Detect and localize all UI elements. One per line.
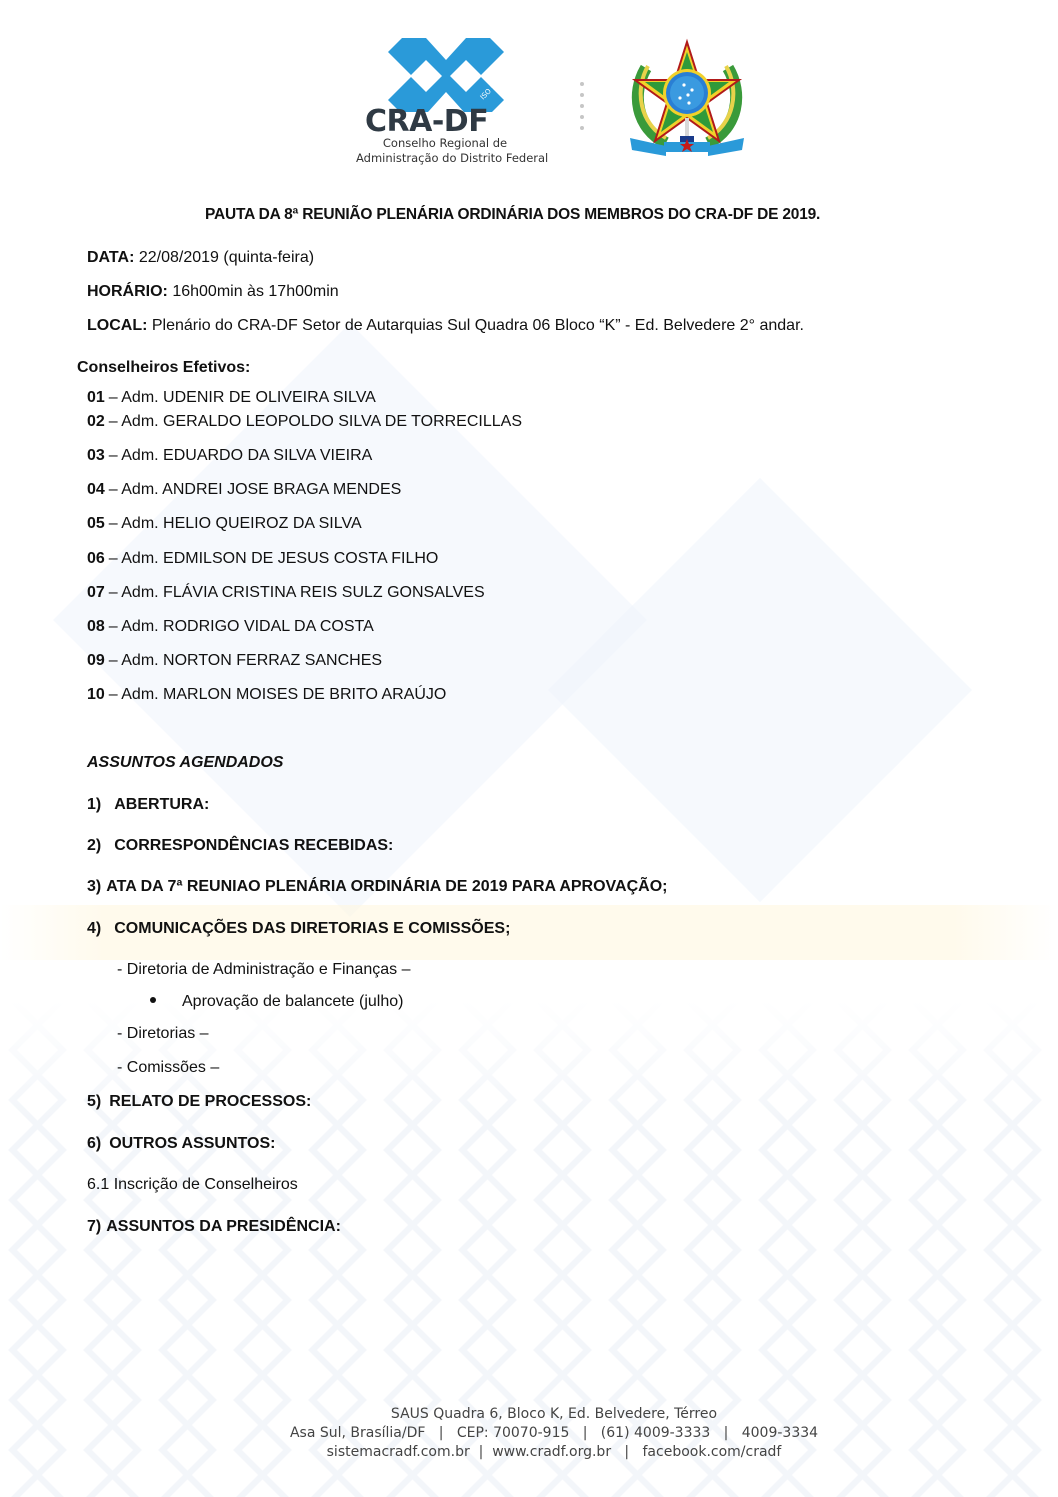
agenda-bullet-item: Aprovação de balancete (julho) [150,993,403,1011]
org-acronym: CRA-DF [365,104,488,139]
cra-df-logo-icon: ISO 9001 [388,38,504,112]
member-item: 08– Adm. RODRIGO VIDAL DA COSTA [87,618,374,636]
agenda-item: 4)COMUNICAÇÕES DAS DIRETORIAS E COMISSÕE… [87,920,510,938]
member-item: 04– Adm. ANDREI JOSE BRAGA MENDES [87,481,401,499]
member-item: 02– Adm. GERALDO LEOPOLDO SILVA DE TORRE… [87,413,522,431]
agenda-heading: ASSUNTOS AGENDADOS [87,754,283,772]
agenda-item: 5)RELATO DE PROCESSOS: [87,1093,311,1111]
footer-links: sistemacradf.com.br | www.cradf.org.br |… [0,1443,1058,1462]
org-name-line1: Conselho Regional de [356,136,534,151]
agenda-subitem: 6.1 Inscrição de Conselheiros [87,1176,298,1194]
meeting-date: DATA: 22/08/2019 (quinta-feira) [87,249,314,267]
agenda-subitem: - Comissões – [117,1059,219,1077]
agenda-subitem: - Diretorias – [117,1025,209,1043]
document-title: PAUTA DA 8ª REUNIÃO PLENÁRIA ORDINÁRIA D… [205,206,820,224]
date-label: DATA: [87,249,134,266]
agenda-item: 7)ASSUNTOS DA PRESIDÊNCIA: [87,1218,341,1236]
time-value: 16h00min às 17h00min [168,283,339,300]
footer-address: SAUS Quadra 6, Bloco K, Ed. Belvedere, T… [0,1405,1058,1424]
agenda-subitem: - Diretoria de Administração e Finanças … [117,961,410,979]
member-item: 01– Adm. UDENIR DE OLIVEIRA SILVA [87,389,376,407]
location-label: LOCAL: [87,317,147,334]
meeting-time: HORÁRIO: 16h00min às 17h00min [87,283,339,301]
members-heading: Conselheiros Efetivos: [77,359,250,377]
member-item: 07– Adm. FLÁVIA CRISTINA REIS SULZ GONSA… [87,584,485,602]
agenda-item: 2)CORRESPONDÊNCIAS RECEBIDAS: [87,837,393,855]
time-label: HORÁRIO: [87,283,168,300]
footer-contact: Asa Sul, Brasília/DF | CEP: 70070-915 | … [0,1424,1058,1443]
date-value: 22/08/2019 (quinta-feira) [134,249,314,266]
agenda-item: 6)OUTROS ASSUNTOS: [87,1135,275,1153]
member-item: 06– Adm. EDMILSON DE JESUS COSTA FILHO [87,550,438,568]
org-name-line2: Administração do Distrito Federal [356,151,534,166]
agenda-item: 1)ABERTURA: [87,796,209,814]
member-item: 03– Adm. EDUARDO DA SILVA VIEIRA [87,447,372,465]
meeting-location: LOCAL: Plenário do CRA-DF Setor de Autar… [87,317,804,335]
location-value: Plenário do CRA-DF Setor de Autarquias S… [147,317,804,334]
separator-dots [580,82,584,137]
brazil-coat-of-arms-icon [626,38,748,163]
agenda-item: 3)ATA DA 7ª REUNIAO PLENÁRIA ORDINÁRIA D… [87,878,667,896]
member-item: 05– Adm. HELIO QUEIROZ DA SILVA [87,515,362,533]
member-item: 10– Adm. MARLON MOISES DE BRITO ARAÚJO [87,686,446,704]
bullet-icon [150,997,156,1003]
member-item: 09– Adm. NORTON FERRAZ SANCHES [87,652,382,670]
